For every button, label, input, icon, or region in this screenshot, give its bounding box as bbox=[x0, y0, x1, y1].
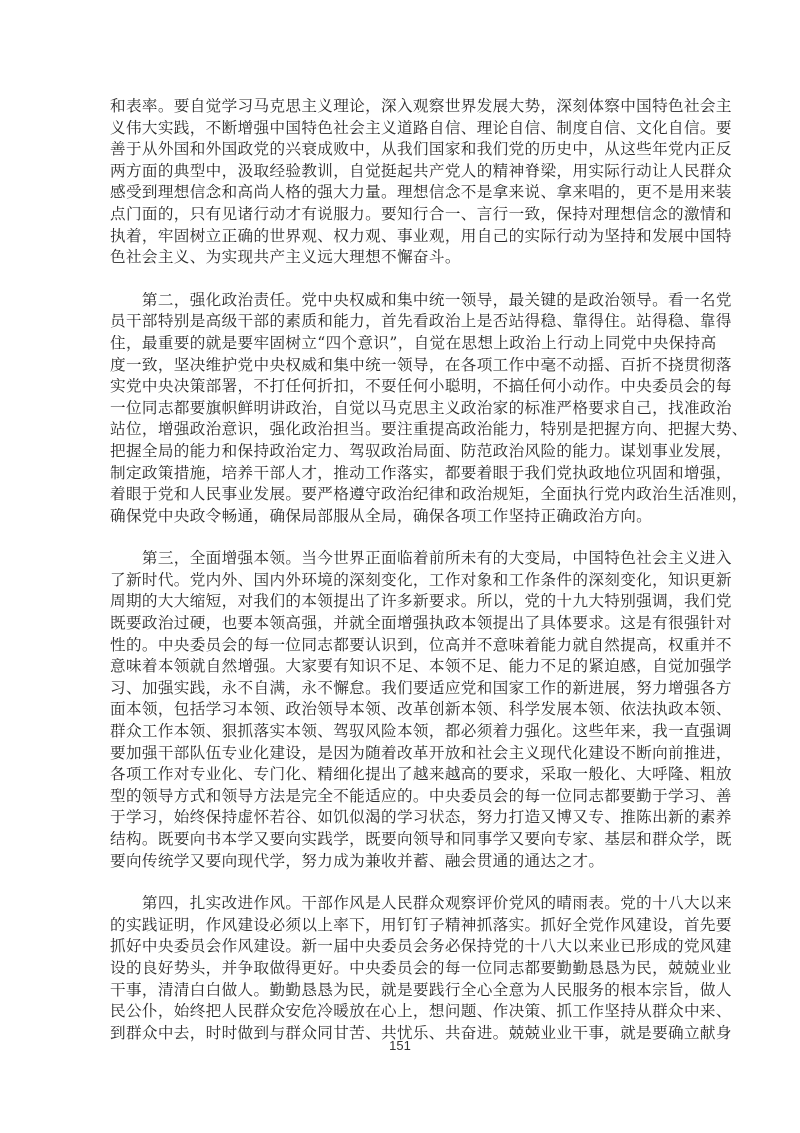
text-line: 把握全局的能力和保持政治定力、驾驭政治局面、防范政治风险的能力。谋划事业发展， bbox=[110, 441, 690, 463]
paragraph: 第三，全面增强本领。当今世界正面临着前所未有的大变局，中国特色社会主义进入了新时… bbox=[110, 548, 690, 872]
text-line: 既要政治过硬，也要本领高强，并就全面增强执政本领提出了具体要求。这是有很强针对 bbox=[110, 613, 690, 635]
text-line: 着眼于党和人民事业发展。要严格遵守政治纪律和政治规矩，全面执行党内政治生活准则， bbox=[110, 484, 690, 506]
text-line: 群众工作本领、狠抓落实本领、驾驭风险本领，都必须着力强化。这些年来，我一直强调 bbox=[110, 721, 690, 743]
text-line: 点门面的，只有见诸行动才有说服力。要知行合一、言行一致，保持对理想信念的激情和 bbox=[110, 204, 690, 226]
text-line: 实党中央决策部署，不打任何折扣，不耍任何小聪明，不搞任何小动作。中央委员会的每 bbox=[110, 376, 690, 398]
text-line: 住，最重要的就是要牢固树立“四个意识”，自觉在思想上政治上行动上同党中央保持高 bbox=[110, 333, 690, 355]
text-line: 要加强干部队伍专业化建设，是因为随着改革开放和社会主义现代化建设不断向前推进， bbox=[110, 743, 690, 765]
text-line: 员干部特别是高级干部的素质和能力，首先看政治上是否站得稳、靠得住。站得稳、靠得 bbox=[110, 311, 690, 333]
text-line: 型的领导方式和领导方法是完全不能适应的。中央委员会的每一位同志都要勤于学习、善 bbox=[110, 786, 690, 808]
text-line: 习、加强实践，永不自满，永不懈怠。我们要适应党和国家工作的新进展，努力增强各方 bbox=[110, 678, 690, 700]
page-number: 151 bbox=[0, 1038, 800, 1053]
text-line: 善于从外国和外国政党的兴衰成败中，从我们国家和我们党的历史中，从这些年党内正反 bbox=[110, 139, 690, 161]
text-line: 周期的大大缩短，对我们的本领提出了许多新要求。所以，党的十九大特别强调，我们党 bbox=[110, 591, 690, 613]
text-line: 要向传统学又要向现代学，努力成为兼收并蓄、融会贯通的通达之才。 bbox=[110, 851, 690, 873]
text-line: 结构。既要向书本学又要向实践学，既要向领导和同事学又要向专家、基层和群众学，既 bbox=[110, 829, 690, 851]
text-line: 色社会主义、为实现共产主义远大理想不懈奋斗。 bbox=[110, 247, 690, 269]
text-line: 第四，扎实改进作风。干部作风是人民群众观察评价党风的晴雨表。党的十八大以来 bbox=[110, 893, 690, 915]
text-line: 抓好中央委员会作风建设。新一届中央委员会务必保持党的十八大以来业已形成的党风建 bbox=[110, 936, 690, 958]
text-line: 两方面的典型中，汲取经验教训，自觉挺起共产党人的精神脊梁，用实际行动让人民群众 bbox=[110, 161, 690, 183]
paragraph: 和表率。要自觉学习马克思主义理论，深入观察世界发展大势，深刻体察中国特色社会主义… bbox=[110, 96, 690, 269]
text-line: 第三，全面增强本领。当今世界正面临着前所未有的大变局，中国特色社会主义进入 bbox=[110, 548, 690, 570]
text-line: 设的良好势头，并争取做得更好。中央委员会的每一位同志都要勤勤恳恳为民，兢兢业业 bbox=[110, 958, 690, 980]
text-line: 确保党中央政令畅通，确保局部服从全局，确保各项工作坚持正确政治方向。 bbox=[110, 506, 690, 528]
text-line: 民公仆，始终把人民群众安危冷暖放在心上，想问题、作决策、抓工作坚持从群众中来、 bbox=[110, 1001, 690, 1023]
text-line: 和表率。要自觉学习马克思主义理论，深入观察世界发展大势，深刻体察中国特色社会主 bbox=[110, 96, 690, 118]
text-line: 度一致，坚决维护党中央权威和集中统一领导，在各项工作中毫不动摇、百折不挠贯彻落 bbox=[110, 355, 690, 377]
text-line: 执着，牢固树立正确的世界观、权力观、事业观，用自己的实际行动为坚持和发展中国特 bbox=[110, 226, 690, 248]
text-line: 制定政策措施，培养干部人才，推动工作落实，都要着眼于我们党执政地位巩固和增强， bbox=[110, 463, 690, 485]
text-line: 感受到理想信念和高尚人格的强大力量。理想信念不是拿来说、拿来唱的，更不是用来装 bbox=[110, 182, 690, 204]
paragraph: 第四，扎实改进作风。干部作风是人民群众观察评价党风的晴雨表。党的十八大以来的实践… bbox=[110, 893, 690, 1044]
text-line: 一位同志都要旗帜鲜明讲政治，自觉以马克思主义政治家的标准严格要求自己，找准政治 bbox=[110, 398, 690, 420]
text-line: 性的。中央委员会的每一位同志都要认识到，位高并不意味着能力就自然提高，权重并不 bbox=[110, 635, 690, 657]
text-line: 于学习，始终保持虚怀若谷、如饥似渴的学习状态，努力打造又博又专、推陈出新的素养 bbox=[110, 807, 690, 829]
text-line: 意味着本领就自然增强。大家要有知识不足、本领不足、能力不足的紧迫感，自觉加强学 bbox=[110, 656, 690, 678]
text-line: 的实践证明，作风建设必须以上率下，用钉钉子精神抓落实。抓好全党作风建设，首先要 bbox=[110, 915, 690, 937]
text-line: 干事，清清白白做人。勤勤恳恳为民，就是要践行全心全意为人民服务的根本宗旨，做人 bbox=[110, 980, 690, 1002]
document-page: 和表率。要自觉学习马克思主义理论，深入观察世界发展大势，深刻体察中国特色社会主义… bbox=[110, 96, 690, 1065]
text-line: 站位，增强政治意识，强化政治担当。要注重提高政治能力，特别是把握方向、把握大势、 bbox=[110, 419, 690, 441]
text-line: 了新时代。党内外、国内外环境的深刻变化，工作对象和工作条件的深刻变化，知识更新 bbox=[110, 570, 690, 592]
text-line: 第二，强化政治责任。党中央权威和集中统一领导，最关键的是政治领导。看一名党 bbox=[110, 290, 690, 312]
text-line: 面本领，包括学习本领、政治领导本领、改革创新本领、科学发展本领、依法执政本领、 bbox=[110, 699, 690, 721]
text-line: 义伟大实践，不断增强中国特色社会主义道路自信、理论自信、制度自信、文化自信。要 bbox=[110, 118, 690, 140]
text-line: 各项工作对专业化、专门化、精细化提出了越来越高的要求，采取一般化、大呼隆、粗放 bbox=[110, 764, 690, 786]
paragraph: 第二，强化政治责任。党中央权威和集中统一领导，最关键的是政治领导。看一名党员干部… bbox=[110, 290, 690, 528]
